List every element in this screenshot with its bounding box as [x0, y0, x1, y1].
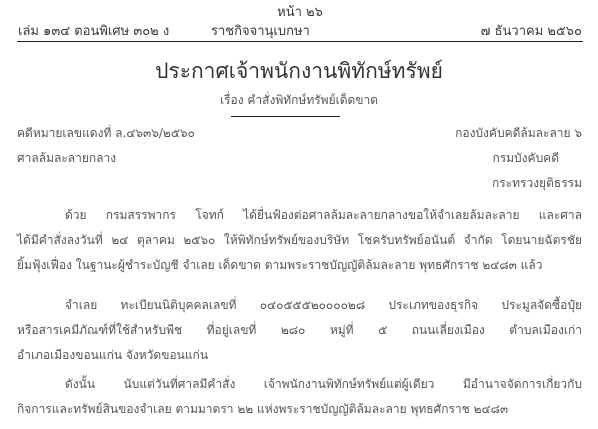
subject-line: เรื่อง คำสั่งพิทักษ์ทรัพย์เด็ดขาด	[0, 91, 598, 110]
paragraph-line: หรือสารเคมีภัณฑ์ที่ใช้สำหรับพืช ที่อยู่เ…	[17, 318, 582, 343]
header-divider	[17, 41, 583, 42]
paragraph-line: อำเภอเมืองขอนแก่น จังหวัดขอนแก่น	[17, 343, 582, 368]
court-name: ศาลล้มละลายกลาง	[17, 149, 116, 168]
page-number: หน้า ๒๖	[260, 1, 340, 22]
title-divider	[231, 116, 340, 117]
paragraph-petition: ด้วย กรมสรรพากร โจทก์ ได้ยื่นฟ้องต่อศาลล…	[17, 203, 582, 278]
ministry-name: กระทรวงยุติธรรม	[492, 174, 582, 193]
publication-date: ๗ ธันวาคม ๒๕๖๐	[481, 20, 582, 41]
paragraph-authority: ดังนั้น นับแต่วันที่ศาลมีคำสั่ง เจ้าพนัก…	[17, 372, 582, 422]
paragraph-line: ดังนั้น นับแต่วันที่ศาลมีคำสั่ง เจ้าพนัก…	[17, 372, 582, 397]
paragraph-line: ด้วย กรมสรรพากร โจทก์ ได้ยื่นฟ้องต่อศาลล…	[17, 203, 582, 228]
volume-issue: เล่ม ๑๓๔ ตอนพิเศษ ๓๐๒ ง	[18, 20, 169, 41]
page-title: ประกาศเจ้าพนักงานพิทักษ์ทรัพย์	[0, 55, 598, 88]
gazette-header: เล่ม ๑๓๔ ตอนพิเศษ ๓๐๒ ง ราชกิจจานุเบกษา …	[18, 20, 582, 38]
case-number: คดีหมายเลขแดงที่ ล.๔๖๓๖/๒๕๖๐	[17, 124, 195, 143]
department-name: กรมบังคับคดี	[492, 149, 559, 168]
gazette-name: ราชกิจจานุเบกษา	[211, 20, 310, 41]
paragraph-line: ได้มีคำสั่งลงวันที่ ๒๔ ตุลาคม ๒๕๖๐ ให้พิ…	[17, 228, 582, 253]
paragraph-line: ยิ้มฟุ้งเฟื่อง ในฐานะผู้ชำระบัญชี จำเลย …	[17, 253, 582, 278]
paragraph-line: จำเลย ทะเบียนนิติบุคคลเลขที่ ๐๔๐๕๕๕๒๐๐๐๐…	[17, 293, 582, 318]
paragraph-line: กิจการและทรัพย์สินของจำเลย ตามมาตรา ๒๒ แ…	[17, 397, 582, 422]
division-name: กองบังคับคดีล้มละลาย ๖	[455, 124, 582, 143]
paragraph-defendant: จำเลย ทะเบียนนิติบุคคลเลขที่ ๐๔๐๕๕๕๒๐๐๐๐…	[17, 293, 582, 368]
